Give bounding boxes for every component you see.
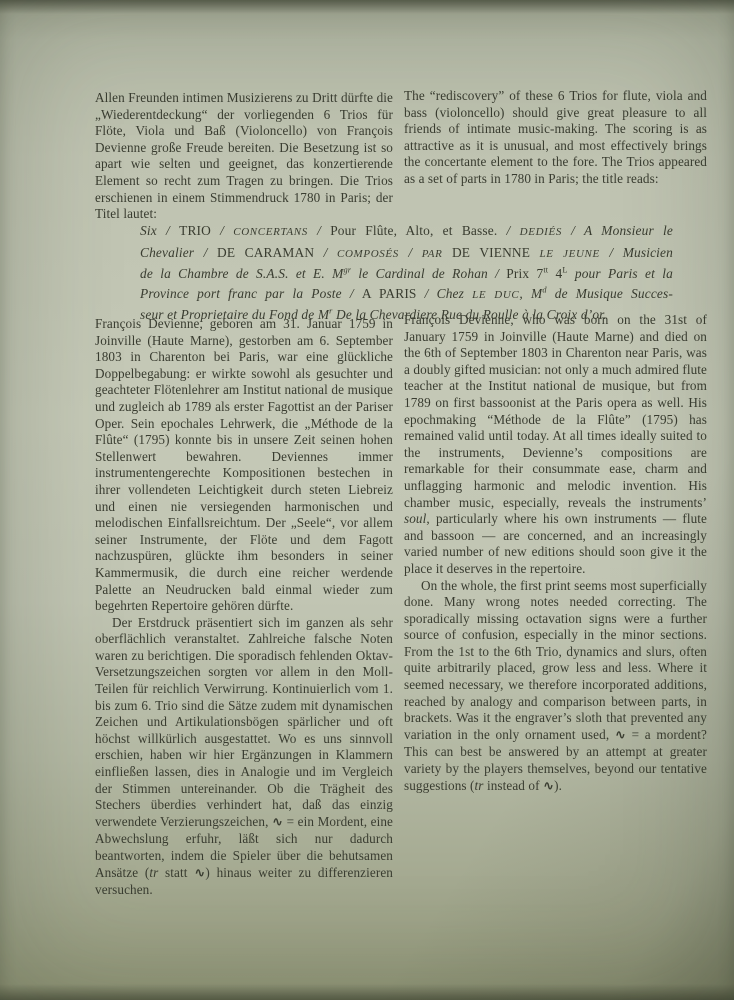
trill-ornament-text: soul bbox=[404, 511, 426, 526]
text-run: TRIO bbox=[179, 223, 211, 238]
text-run: DE CARAMAN bbox=[217, 245, 314, 260]
text-run: Pour Flûte, Alto, et Basse. bbox=[330, 223, 497, 238]
trill-ornament-text: tr bbox=[475, 778, 484, 793]
text-run: PAR bbox=[422, 248, 443, 260]
text-run: / Musicien bbox=[600, 245, 673, 260]
paragraph-en-2: On the whole, the first print seems most… bbox=[404, 578, 707, 796]
paragraph-de-1: Allen Freunden intimen Musizierens zu Dr… bbox=[95, 90, 393, 223]
text-run: The “rediscovery” of these 6 Trios for f… bbox=[404, 88, 707, 186]
text-run: A PARIS bbox=[362, 286, 417, 301]
text-run: instead of bbox=[484, 778, 543, 793]
original-title-citation: Six / TRIO / CONCERTANS / Pour Flûte, Al… bbox=[140, 221, 673, 325]
english-intro-column: The “rediscovery” of these 6 Trios for f… bbox=[404, 88, 707, 188]
mordent-ornament-symbol: ∿ bbox=[543, 779, 554, 794]
text-run: CONCERTANS bbox=[233, 226, 308, 238]
text-run: de la Chambre de S.A.S. et E. M bbox=[140, 266, 343, 281]
text-run: , particularly where his own instruments… bbox=[404, 511, 707, 576]
text-run bbox=[530, 245, 539, 260]
text-run: LE DUC bbox=[472, 289, 519, 301]
english-main-column: François Devienne, who was born on the 3… bbox=[404, 312, 707, 795]
text-run: Der Erstdruck präsentiert sich im ganzen… bbox=[95, 615, 393, 829]
text-run: le Cardinal de Rohan / bbox=[351, 266, 506, 281]
text-run: ). bbox=[554, 778, 562, 793]
text-run: François Devienne, who was born on the 3… bbox=[404, 312, 707, 510]
german-main-column: François Devienne, geboren am 31. Januar… bbox=[95, 316, 393, 899]
text-run: Prix 7 bbox=[506, 266, 543, 281]
title-citation-line-1: Six / TRIO / CONCERTANS / Pour Flûte, Al… bbox=[140, 221, 673, 243]
text-run: / A Monsieur le bbox=[562, 223, 673, 238]
paragraph-de-1: François Devienne, geboren am 31. Januar… bbox=[95, 316, 393, 615]
text-run: statt bbox=[158, 865, 194, 880]
paragraph-en-1: François Devienne, who was born on the 3… bbox=[404, 312, 707, 578]
text-run: / Chez bbox=[417, 286, 473, 301]
text-run: / bbox=[497, 223, 519, 238]
text-run: COMPOSÉS bbox=[337, 248, 399, 260]
mordent-ornament-symbol: ∿ bbox=[272, 815, 283, 830]
text-run bbox=[442, 245, 451, 260]
mordent-ornament-symbol: ∿ bbox=[194, 866, 205, 881]
text-run: Allen Freunden intimen Musizierens zu Dr… bbox=[95, 90, 393, 221]
paragraph-en-1: The “rediscovery” of these 6 Trios for f… bbox=[404, 88, 707, 188]
text-run: pour Paris et la bbox=[568, 266, 673, 281]
text-run: LE JEUNE bbox=[540, 248, 600, 260]
text-run: de Musique Succes- bbox=[547, 286, 673, 301]
title-citation-line-3: de la Chambre de S.A.S. et E. Mgr le Car… bbox=[140, 264, 673, 284]
title-citation-line-2: Chevalier / DE CARAMAN / COMPOSÉS / PAR … bbox=[140, 243, 673, 265]
text-run: 4 bbox=[548, 266, 562, 281]
text-run: / bbox=[308, 223, 330, 238]
text-run: / bbox=[211, 223, 233, 238]
mordent-ornament-symbol: ∿ bbox=[615, 728, 626, 743]
text-run: gr bbox=[343, 266, 351, 275]
german-intro-column: Allen Freunden intimen Musizierens zu Dr… bbox=[95, 90, 393, 223]
title-citation-line-4: Province port franc par la Poste / A PAR… bbox=[140, 284, 673, 306]
text-run: Six / bbox=[140, 223, 179, 238]
text-run: Chevalier / bbox=[140, 245, 217, 260]
paragraph-de-2: Der Erstdruck präsentiert sich im ganzen… bbox=[95, 615, 393, 899]
text-run: / bbox=[314, 245, 337, 260]
trill-ornament-text: tr bbox=[149, 865, 158, 880]
text-run: On the whole, the first print seems most… bbox=[404, 578, 707, 742]
text-run: / bbox=[399, 245, 422, 260]
text-run: , M bbox=[519, 286, 542, 301]
scanned-page: Allen Freunden intimen Musizierens zu Dr… bbox=[0, 0, 734, 1000]
text-run: DEDIÉS bbox=[520, 226, 562, 238]
text-run: DE VIENNE bbox=[452, 245, 530, 260]
text-run: François Devienne, geboren am 31. Januar… bbox=[95, 316, 393, 613]
text-run: Province port franc par la Poste / bbox=[140, 286, 362, 301]
